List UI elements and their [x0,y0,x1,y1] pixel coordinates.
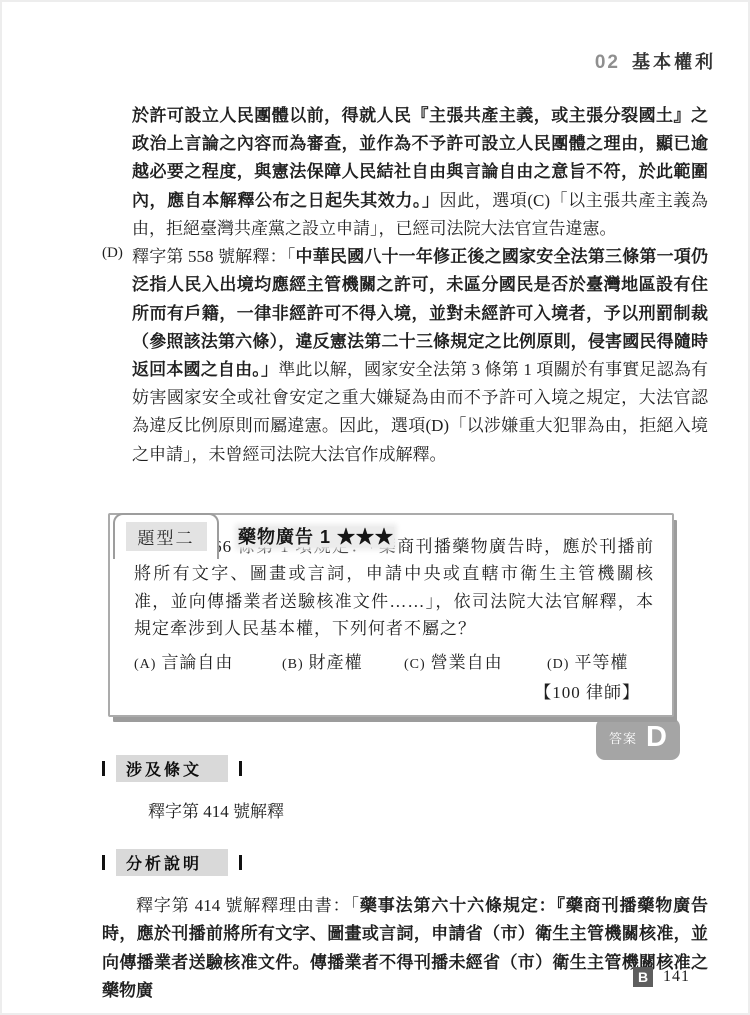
option-a-label: (A) [134,657,156,672]
running-header: 02基本權利 [595,48,716,74]
answer-badge-value: D [646,723,667,752]
question-type-label: 題型二 [126,522,207,551]
option-c: (C)營業自由 [404,648,547,673]
option-b-text: 財產權 [309,653,363,672]
page-sheet: 02基本權利 於許可設立人民團體以前，得就人民『主張共產主義，或主張分裂國土』之… [0,0,750,1015]
chapter-number: 02 [595,52,620,73]
answer-badge-label: 答案 [609,728,637,747]
list-item-d: (D) 釋字第 558 號解釋：「中華民國八十一年修正後之國家安全法第三條第一項… [102,243,708,469]
section-heading-statutes-label: 涉及條文 [116,755,228,782]
paragraph-option-c-analysis: 於許可設立人民團體以前，得就人民『主張共產主義，或主張分裂國土』之政治上言論之內… [132,102,708,243]
section-heading-analysis-label: 分析說明 [116,849,228,876]
analysis-paragraph: 釋字第 414 號解釋理由書：「藥事法第六十六條規定：『藥商刊播藥物廣告時，應於… [102,892,708,1005]
heading-bar-right-icon [239,855,242,870]
page-footer: B 141 [633,967,690,987]
options-row: (A)言論自由 (B)財產權 (C)營業自由 (D)平等權 [134,648,654,673]
option-c-label: (C) [404,657,426,672]
heading-bar-left-icon [102,761,105,776]
question-title-text: 藥物廣告 1 ★★★ [238,527,394,547]
option-a: (A)言論自由 [134,648,282,673]
question-type-tab: 題型二 [113,513,219,559]
option-b: (B)財產權 [282,648,404,673]
option-d: (D)平等權 [547,648,628,673]
page-number: 141 [663,968,690,986]
option-c-text: 營業自由 [431,653,503,672]
option-d-label: (D) [547,657,569,672]
option-b-label: (B) [282,657,304,672]
volume-badge: B [633,967,653,987]
exam-source-tag: 【100 律師】 [134,678,640,703]
heading-bar-right-icon [239,761,242,776]
answer-badge: 答案 D [596,718,680,760]
heading-bar-left-icon [102,855,105,870]
question-card: 題型二 藥物廣告 1 ★★★ 藥事法第 66 條第 1 項規定：「藥商刊播藥物廣… [108,513,674,717]
chapter-title: 基本權利 [632,52,716,72]
question-title: 藥物廣告 1 ★★★ [238,523,394,549]
section-heading-analysis: 分析說明 [102,849,748,876]
paragraph-option-d-analysis: 釋字第 558 號解釋：「中華民國八十一年修正後之國家安全法第三條第一項仍泛指人… [132,243,708,469]
statute-reference: 釋字第 414 號解釋 [148,798,708,825]
option-d-text: 平等權 [574,653,628,672]
item-d-label: (D) [102,243,132,469]
option-a-text: 言論自由 [161,653,233,672]
